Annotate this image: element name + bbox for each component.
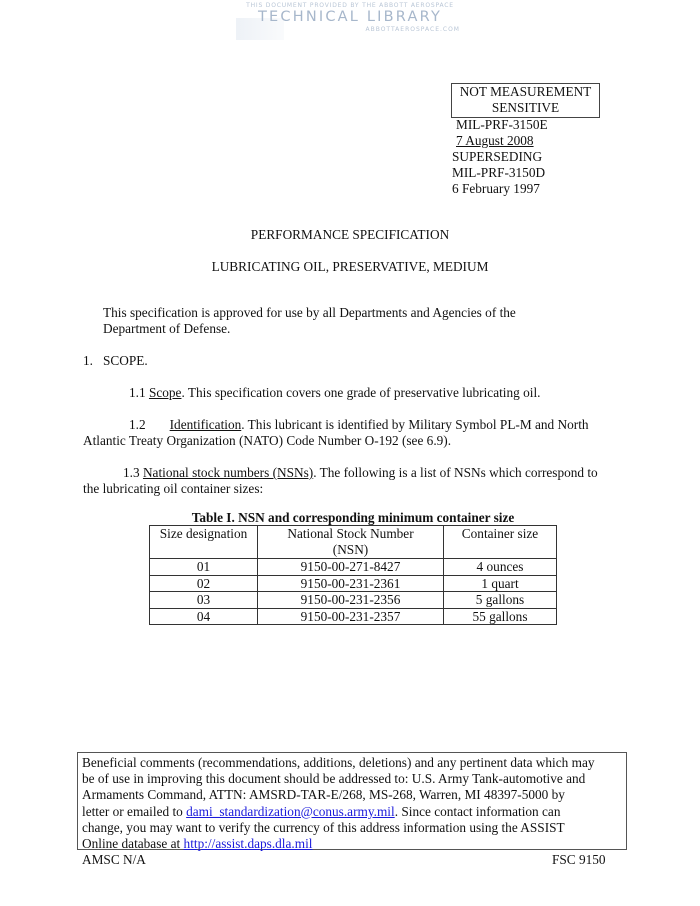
amsc-label: AMSC N/A (82, 852, 146, 868)
cell-container-size: 55 gallons (444, 608, 557, 625)
beneficial-comments-box: Beneficial comments (recommendations, ad… (77, 752, 627, 850)
cell-nsn: 9150-00-231-2357 (258, 608, 444, 625)
email-link[interactable]: dami_standardization@conus.army.mil (186, 804, 395, 819)
comments-line-3: Armaments Command, ATTN: AMSRD-TAR-E/268… (82, 787, 622, 803)
cell-size-designation: 02 (150, 575, 258, 592)
paragraph-1-2-title: Identification (170, 417, 242, 432)
comments-line-5: change, you may want to verify the curre… (82, 820, 622, 836)
paragraph-1-1-number: 1.1 (129, 385, 146, 400)
paragraph-1-3-line-2: the lubricating oil container sizes: (83, 481, 263, 497)
header-container-size: Container size (444, 526, 557, 559)
comments-line-6-pre: Online database at (82, 836, 184, 851)
measurement-line-1: NOT MEASUREMENT (452, 84, 599, 100)
doc-number: MIL-PRF-3150E (456, 117, 548, 133)
table-row: 01 9150-00-271-8427 4 ounces (150, 559, 557, 576)
watermark-provider-text: This Document Provided by the Abbott Aer… (230, 2, 470, 9)
paragraph-1-1: 1.1 Scope. This specification covers one… (129, 385, 540, 401)
cell-nsn: 9150-00-231-2356 (258, 592, 444, 609)
watermark-logo: This Document Provided by the Abbott Aer… (230, 0, 470, 45)
paragraph-1-3-title: National stock numbers (NSNs) (143, 465, 313, 480)
paragraph-1-2-text: . This lubricant is identified by Milita… (241, 417, 588, 432)
section-1-heading: SCOPE. (103, 353, 148, 369)
section-1-number: 1. (83, 353, 93, 369)
approval-line-1: This specification is approved for use b… (103, 305, 516, 321)
header-nsn-line-1: National Stock Number (258, 526, 443, 542)
watermark-domain: ABBOTTAEROSPACE.COM (365, 26, 460, 33)
comments-line-4-post: . Since contact information can (395, 804, 561, 819)
paragraph-1-3-number: 1.3 (123, 465, 140, 480)
table-header-row: Size designation National Stock Number (… (150, 526, 557, 559)
superseded-number: MIL-PRF-3150D (452, 165, 545, 181)
table-row: 03 9150-00-231-2356 5 gallons (150, 592, 557, 609)
cell-container-size: 1 quart (444, 575, 557, 592)
fsc-label: FSC 9150 (552, 852, 606, 868)
comments-line-4-pre: letter or emailed to (82, 804, 186, 819)
paragraph-1-3-line-1: 1.3 National stock numbers (NSNs). The f… (123, 465, 598, 481)
comments-line-6: Online database at http://assist.daps.dl… (82, 836, 622, 852)
paragraph-1-2-line-2: Atlantic Treaty Organization (NATO) Code… (83, 433, 451, 449)
superseded-date: 6 February 1997 (452, 181, 540, 197)
doc-date: 7 August 2008 (456, 133, 534, 149)
watermark-library-title: TECHNICAL LIBRARY (230, 9, 470, 25)
cell-container-size: 4 ounces (444, 559, 557, 576)
comments-line-2: be of use in improving this document sho… (82, 771, 622, 787)
cell-size-designation: 03 (150, 592, 258, 609)
approval-line-2: Department of Defense. (103, 321, 230, 337)
superseding-label: SUPERSEDING (452, 149, 542, 165)
paragraph-1-1-text: . This specification covers one grade of… (181, 385, 540, 400)
paragraph-1-2-line-1: 1.2Identification. This lubricant is ide… (129, 417, 589, 433)
table-row: 02 9150-00-231-2361 1 quart (150, 575, 557, 592)
comments-line-1: Beneficial comments (recommendations, ad… (82, 755, 622, 771)
header-size-designation: Size designation (150, 526, 258, 559)
nsn-table: Size designation National Stock Number (… (149, 525, 557, 625)
cell-size-designation: 04 (150, 608, 258, 625)
table-row: 04 9150-00-231-2357 55 gallons (150, 608, 557, 625)
measurement-line-2: SENSITIVE (452, 100, 599, 116)
table-caption: Table I. NSN and corresponding minimum c… (149, 510, 557, 526)
header-nsn: National Stock Number (NSN) (258, 526, 444, 559)
assist-database-link[interactable]: http://assist.daps.dla.mil (184, 836, 313, 851)
paragraph-1-3-text: . The following is a list of NSNs which … (313, 465, 598, 480)
cell-nsn: 9150-00-271-8427 (258, 559, 444, 576)
spec-type-title: PERFORMANCE SPECIFICATION (0, 227, 700, 243)
cell-size-designation: 01 (150, 559, 258, 576)
cell-nsn: 9150-00-231-2361 (258, 575, 444, 592)
paragraph-1-2-number: 1.2 (129, 417, 146, 432)
cell-container-size: 5 gallons (444, 592, 557, 609)
comments-line-4: letter or emailed to dami_standardizatio… (82, 804, 622, 820)
measurement-sensitivity-box: NOT MEASUREMENT SENSITIVE (451, 83, 600, 118)
paragraph-1-1-title: Scope (149, 385, 182, 400)
header-nsn-line-2: (NSN) (258, 542, 443, 558)
spec-subject-title: LUBRICATING OIL, PRESERVATIVE, MEDIUM (0, 259, 700, 275)
